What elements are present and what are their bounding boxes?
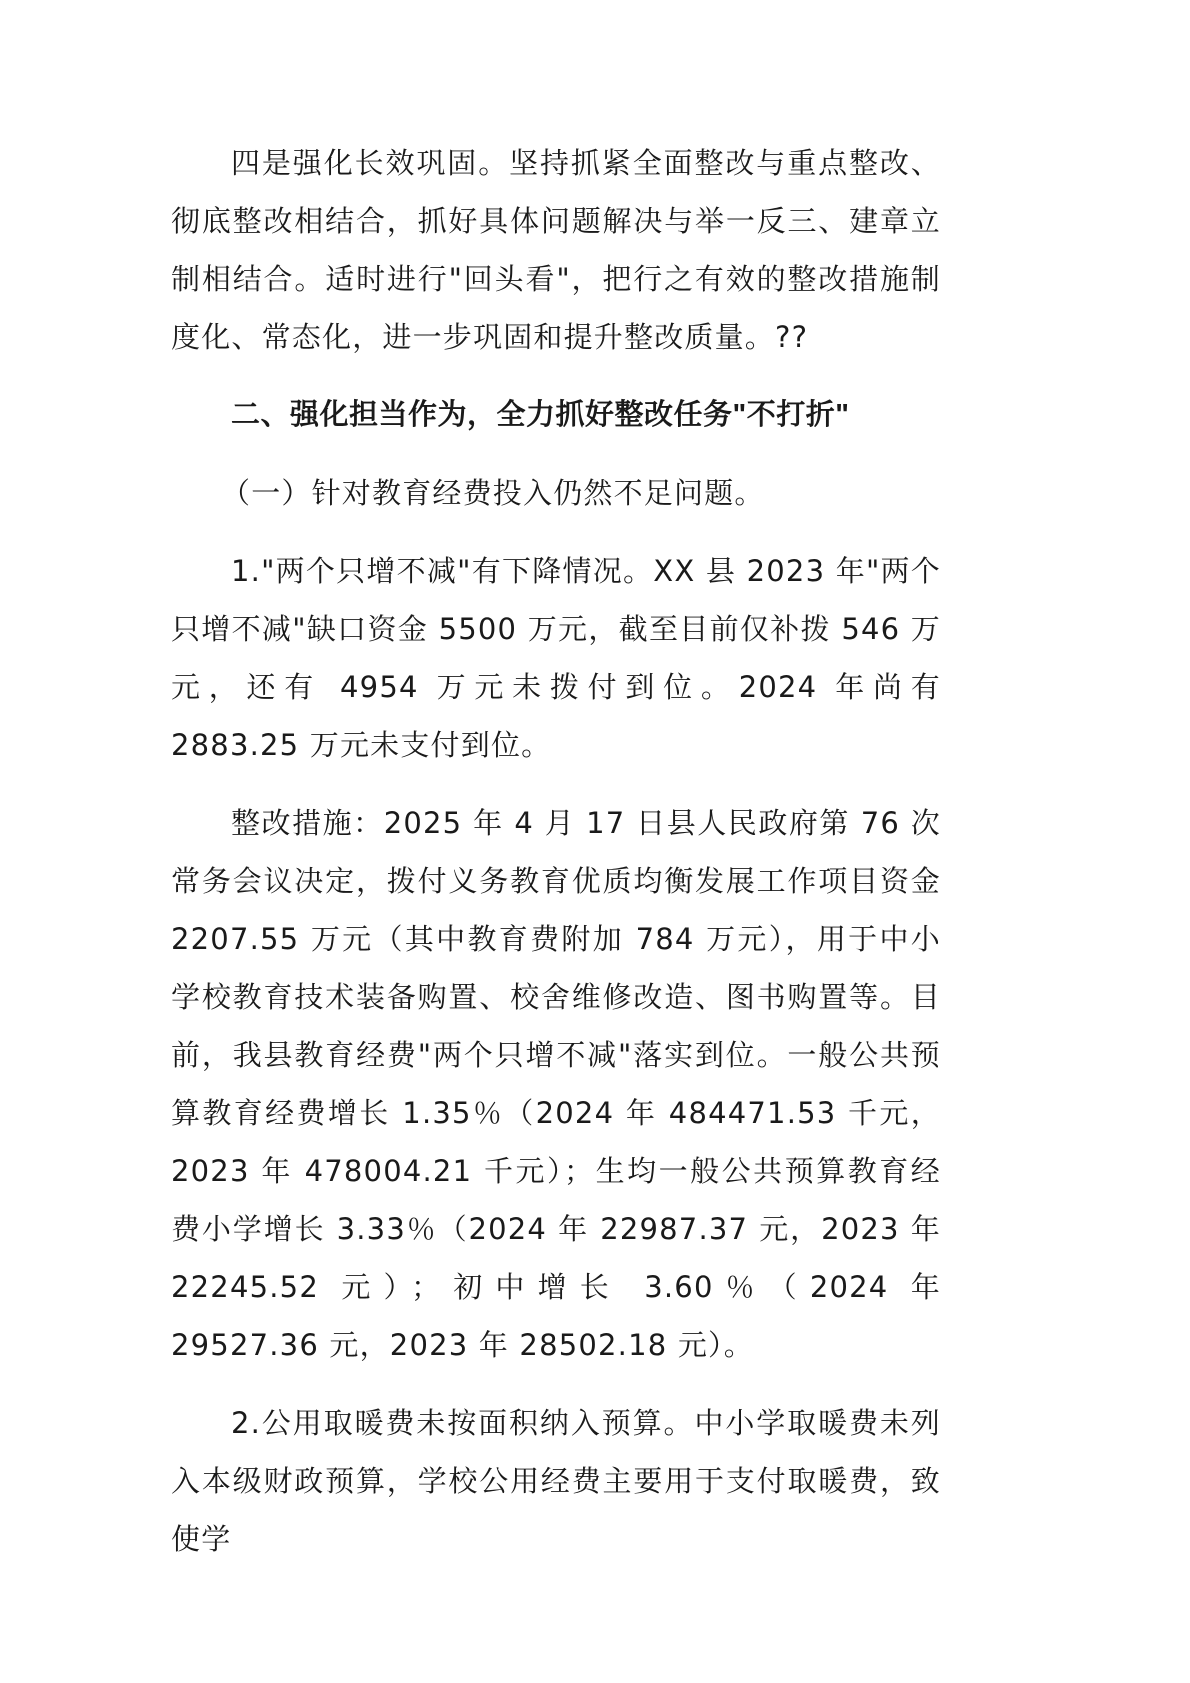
paragraph-rectification-measures: 整改措施：2025 年 4 月 17 日县人民政府第 76 次常务会议决定，拨付…: [171, 794, 941, 1374]
document-page: 四是强化长效巩固。坚持抓紧全面整改与重点整改、彻底整改相结合，抓好具体问题解决与…: [171, 134, 941, 1568]
spacer: [171, 774, 941, 794]
section-heading: 二、强化担当作为，全力抓好整改任务"不打折": [171, 386, 941, 444]
paragraph-issue-1: 1."两个只增不减"有下降情况。XX 县 2023 年"两个只增不减"缺口资金 …: [171, 542, 941, 774]
spacer: [171, 1374, 941, 1394]
spacer: [171, 444, 941, 464]
subsection-heading: （一）针对教育经费投入仍然不足问题。: [171, 464, 941, 522]
paragraph-long-term-consolidation: 四是强化长效巩固。坚持抓紧全面整改与重点整改、彻底整改相结合，抓好具体问题解决与…: [171, 134, 941, 366]
spacer: [171, 366, 941, 386]
paragraph-issue-2: 2.公用取暖费未按面积纳入预算。中小学取暖费未列入本级财政预算，学校公用经费主要…: [171, 1394, 941, 1568]
spacer: [171, 522, 941, 542]
